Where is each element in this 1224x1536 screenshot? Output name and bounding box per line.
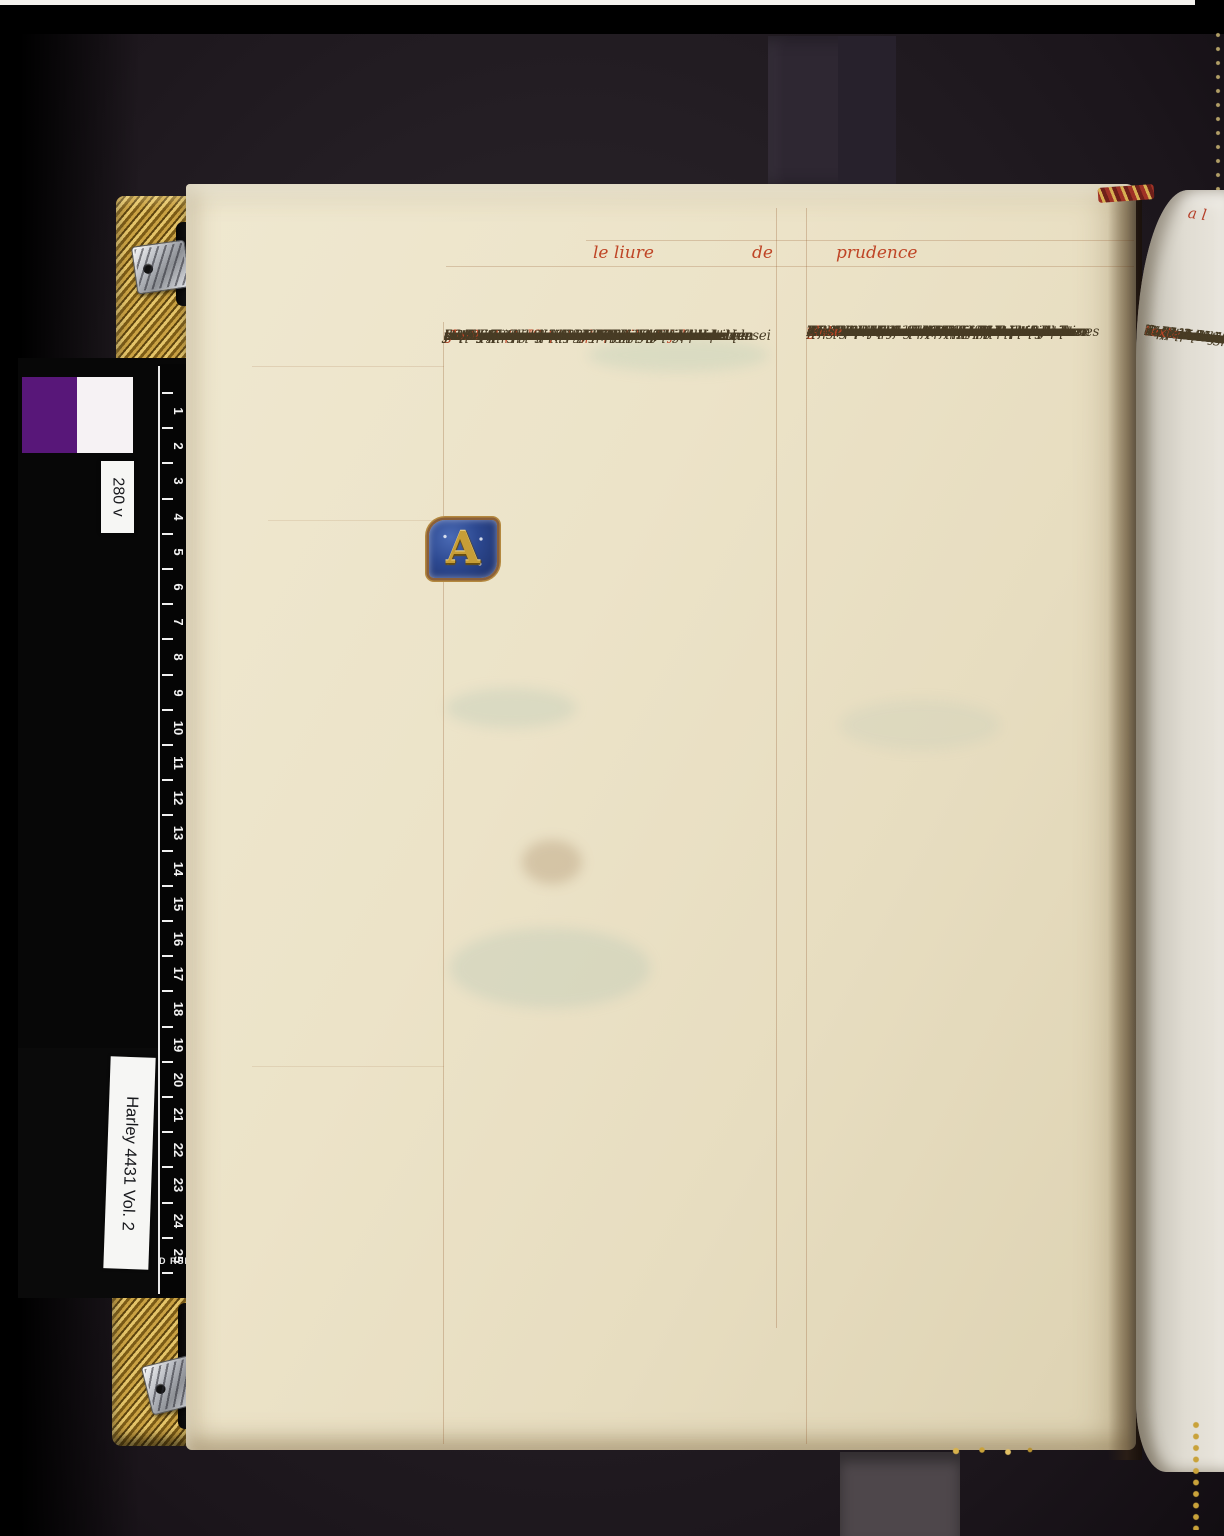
clip-hole <box>155 1383 167 1395</box>
ruler-tick <box>162 533 173 535</box>
ruler-tick <box>162 1166 173 1168</box>
ruler-tick <box>162 850 173 852</box>
illuminated-initial-letter: A <box>446 527 480 571</box>
folio-label-text: 280 v <box>109 477 127 516</box>
ruler-tick <box>162 568 173 570</box>
ruler-number: 16 <box>168 929 188 949</box>
manuscript-photograph: D RSI 280 v Harley 4431 Vol. 2 le liure … <box>0 0 1224 1536</box>
ruler-number: 18 <box>168 999 188 1019</box>
ruler-number: 11 <box>168 753 188 773</box>
ruler-tick <box>162 990 173 992</box>
shelfmark-label: Harley 4431 Vol. 2 <box>103 1056 155 1269</box>
ruler-number: 3 <box>168 471 188 491</box>
ruler-border <box>158 366 160 1294</box>
ruler-number: 21 <box>168 1105 188 1125</box>
stain <box>522 840 582 884</box>
illuminated-initial: A <box>429 520 497 578</box>
ruler-tick <box>162 1096 173 1098</box>
ruler-tick <box>162 674 173 676</box>
margin-ruling <box>252 1066 444 1067</box>
running-title-right: prudence <box>836 243 917 263</box>
column-ruling-left <box>443 322 444 1444</box>
ruler-number: 17 <box>168 964 188 984</box>
ruler-tick <box>162 1202 173 1204</box>
margin-ruling <box>268 520 444 521</box>
ruler-tick <box>162 814 173 816</box>
ruler-tick <box>162 955 173 957</box>
book-strap-bottom <box>840 1452 960 1536</box>
grayscale-strip <box>136 378 158 1050</box>
gilt-sparkles <box>950 1446 1040 1456</box>
ruler-number: 9 <box>168 683 188 703</box>
stain <box>840 700 1000 750</box>
ruler-tick <box>162 1061 173 1063</box>
running-title-mid: de <box>752 243 773 263</box>
text-line: ne prens <box>1143 318 1146 344</box>
folio-label: 280 v <box>101 461 134 533</box>
ruler-number: 10 <box>168 718 188 738</box>
ruler-tick <box>162 920 173 922</box>
ruler-number: 6 <box>168 577 188 597</box>
ruler-tick <box>162 498 173 500</box>
ruler-tick <box>162 1272 173 1274</box>
ruler-number: 23 <box>168 1175 188 1195</box>
shelfmark-label-text: Harley 4431 Vol. 2 <box>118 1095 142 1230</box>
ruler-number: 8 <box>168 647 188 667</box>
ruler-tick <box>162 744 173 746</box>
ruler-number: 13 <box>168 823 188 843</box>
ruler-tick <box>162 709 173 711</box>
ruler-number: 2 <box>168 436 188 456</box>
stain <box>450 928 650 1008</box>
ruler-number: 1 <box>168 401 188 421</box>
ruler-number: 14 <box>168 859 188 879</box>
recto-text-clip: O dieux combsauoient amer dinia tout bie… <box>1140 300 1224 1310</box>
recto-gilt-dots <box>1191 1420 1202 1530</box>
recto-running-title-fragment: a l <box>1187 204 1208 224</box>
book-strap-top-layer <box>838 36 896 184</box>
column-ruling-mid1 <box>776 208 777 1328</box>
ruler-number: 4 <box>168 507 188 527</box>
ruler-tick <box>162 392 173 394</box>
ruler-number: 25 <box>168 1246 188 1266</box>
ruler-number: 5 <box>168 542 188 562</box>
margin-ruling <box>252 366 444 367</box>
ruler-number: 22 <box>168 1140 188 1160</box>
ruler-tick <box>162 462 173 464</box>
manuscript-page <box>186 184 1136 1450</box>
color-patch <box>22 377 77 453</box>
recto-fragments: O dieux combsauoient amer dinia tout bie… <box>1146 318 1224 339</box>
ruler-tick <box>162 603 173 605</box>
ruler-tick <box>162 1237 173 1239</box>
ruler-number: 15 <box>168 894 188 914</box>
ruler-tick <box>162 427 173 429</box>
ruler-tick <box>162 1131 173 1133</box>
ruler-tick <box>162 638 173 640</box>
ruler-tick <box>162 779 173 781</box>
stain <box>446 688 576 728</box>
ruler-number: 12 <box>168 788 188 808</box>
header-ruling-top <box>586 240 1134 241</box>
column-ruling-mid2 <box>806 208 807 1444</box>
ruler-number: 20 <box>168 1070 188 1090</box>
running-title: le liure de prudence <box>0 243 1224 267</box>
ruler-number: 19 <box>168 1035 188 1055</box>
ruler-number: 7 <box>168 612 188 632</box>
photo-top-border <box>0 0 1195 5</box>
running-title-left: le liure <box>593 243 654 263</box>
ruler-number: 24 <box>168 1211 188 1231</box>
ruler-tick <box>162 1026 173 1028</box>
ruler-tick <box>162 885 173 887</box>
